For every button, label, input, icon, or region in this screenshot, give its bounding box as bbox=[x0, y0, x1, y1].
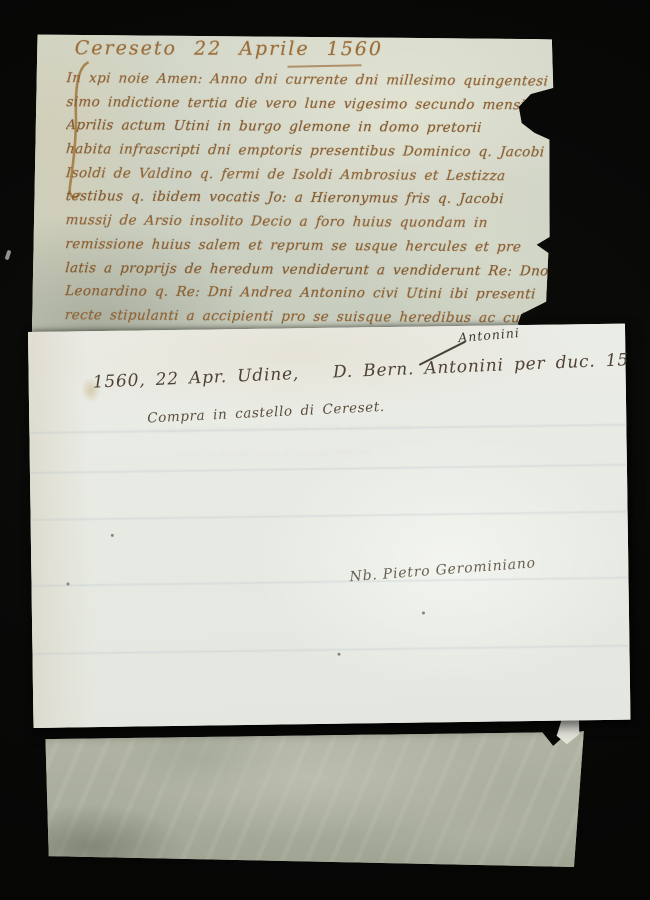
heading-underline bbox=[288, 64, 362, 68]
dust-speck bbox=[5, 250, 12, 261]
letter-body-line: In xpi noie Amen: Anno dni currente dni … bbox=[65, 70, 549, 97]
fold-line bbox=[30, 464, 627, 474]
ink-speck bbox=[338, 653, 341, 656]
letter-body-line: Aprilis actum Utini in burgo glemone in … bbox=[65, 117, 549, 144]
letter-sheet: Cereseto 22 Aprile 1560 In xpi noie Amen… bbox=[31, 32, 554, 363]
letter-body-line: habita infrascripti dni emptoris present… bbox=[65, 141, 549, 168]
ink-speck bbox=[67, 582, 70, 585]
ink-showthrough: ~~ — ~~~ —— ~ ——— ~~ — bbox=[180, 445, 371, 462]
letter-body-line: Leonardino q. Re: Dni Andrea Antonino ci… bbox=[64, 283, 548, 310]
spacing-gap bbox=[299, 378, 333, 379]
fold-line bbox=[31, 511, 628, 521]
letter-body-line: latis a proprijs de heredum vendiderunt … bbox=[64, 260, 548, 287]
date-text: 1560, 22 Apr. Udine, bbox=[92, 364, 299, 393]
fold-line bbox=[32, 645, 629, 655]
ink-speck bbox=[111, 534, 114, 537]
payee-text: D. Bern. Antonini per duc. 15 bbox=[333, 350, 630, 382]
letter-body-line: mussij de Arsio insolito Decio a foro hu… bbox=[64, 212, 548, 239]
parchment-strip bbox=[40, 731, 586, 867]
ink-speck bbox=[422, 611, 425, 614]
letter-body-line: testibus q. ibidem vocatis Jo: a Hierony… bbox=[65, 189, 549, 216]
note-sheet: — ~ —— ~~ ——— ~ —— ~~~ —— ~ —— ~~ — ~~~ … bbox=[28, 324, 630, 728]
manuscript-photo: Cereseto 22 Aprile 1560 In xpi noie Amen… bbox=[0, 0, 650, 900]
letter-heading: Cereseto 22 Aprile 1560 bbox=[75, 37, 383, 60]
corner-signature: Antonini bbox=[458, 325, 521, 345]
fold-line bbox=[32, 577, 629, 587]
letter-body-line: remissione huius salem et reprum se usqu… bbox=[64, 236, 548, 263]
archival-date-line: 1560, 22 Apr. Udine,D. Bern. Antonini pe… bbox=[92, 350, 629, 392]
